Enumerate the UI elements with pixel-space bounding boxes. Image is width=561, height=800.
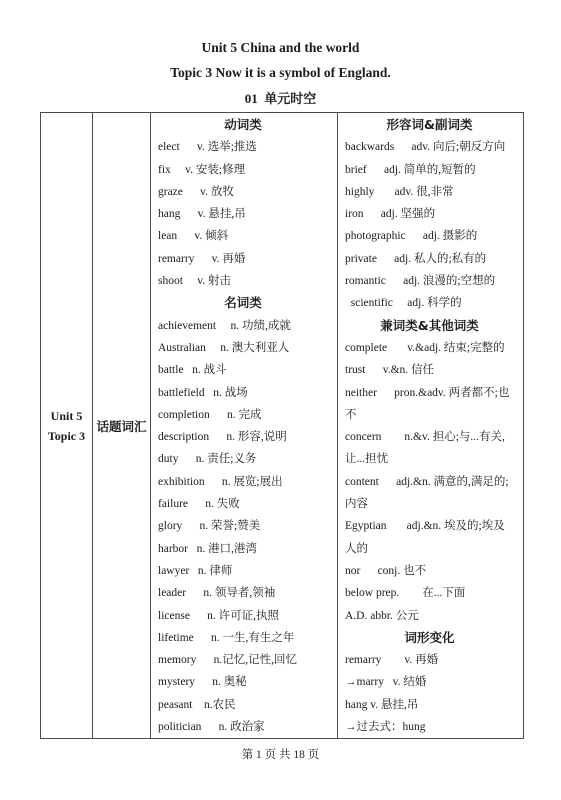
vocab-entry: scientific adj. 科学的 — [345, 292, 521, 314]
vocab-entry: highly adv. 很,非常 — [345, 181, 521, 203]
vocab-entry: hang v. 悬挂,吊 — [158, 203, 335, 225]
vocab-entry: Egyptian adj.&n. 埃及的;埃及 人的 — [345, 515, 521, 560]
vocab-entry: license n. 许可证,执照 — [158, 605, 335, 627]
vocab-entry: failure n. 失败 — [158, 493, 335, 515]
vocab-entry: content adj.&n. 满意的,满足的; 内容 — [345, 471, 521, 516]
vocab-entry: glory n. 荣誉;赞美 — [158, 515, 335, 537]
vocab-entry: complete v.&adj. 结束;完整的 — [345, 337, 521, 359]
vocab-entry: memory n.记忆,记性,回忆 — [158, 649, 335, 671]
vocab-entry: trust v.&n. 信任 — [345, 359, 521, 381]
vocab-entry: backwards adv. 向后;朝反方向 — [345, 136, 521, 158]
vocab-entry: iron adj. 坚强的 — [345, 203, 521, 225]
vocab-entry: elect v. 选举;推选 — [158, 136, 335, 158]
vocab-entry: hang v. 悬挂,吊 — [345, 694, 521, 716]
vocab-entry: nor conj. 也不 — [345, 560, 521, 582]
vocab-entry: A.D. abbr. 公元 — [345, 605, 521, 627]
vocab-entry: completion n. 完成 — [158, 404, 335, 426]
vocab-entry: peasant n.农民 — [158, 694, 335, 716]
vocab-column-right: 形容词&副词类backwards adv. 向后;朝反方向brief adj. … — [338, 113, 524, 739]
vocab-entry: lifetime n. 一生,有生之年 — [158, 627, 335, 649]
vocab-entry: Australian n. 澳大利亚人 — [158, 337, 335, 359]
vocab-entry: battlefield n. 战场 — [158, 382, 335, 404]
vocab-entry: battle n. 战斗 — [158, 359, 335, 381]
vocab-entry: duty n. 责任;义务 — [158, 448, 335, 470]
vocab-entry: remarry v. 再婚 — [345, 649, 521, 671]
vocab-entry: fix v. 安装;修理 — [158, 159, 335, 181]
vocab-entry: private adj. 私人的;私有的 — [345, 248, 521, 270]
vocab-entry: lean v. 倾斜 — [158, 225, 335, 247]
vocab-entry: shoot v. 射击 — [158, 270, 335, 292]
table-row: Unit 5 Topic 3 话题词汇 动词类elect v. 选举;推选fix… — [41, 113, 524, 739]
vocab-entry: →marry v. 结婚 — [345, 671, 521, 693]
vocab-column-left: 动词类elect v. 选举;推选fix v. 安装;修理graze v. 放牧… — [151, 113, 338, 739]
vocab-entry: description n. 形容,说明 — [158, 426, 335, 448]
vocab-section-header: 兼词类&其他词类 — [345, 315, 521, 337]
vocab-entry: politician n. 政治家 — [158, 716, 335, 738]
unit-label: Unit 5 — [41, 406, 92, 426]
vocab-entry: neither pron.&adv. 两者都不;也 不 — [345, 382, 521, 427]
document-page: Unit 5 China and the world Topic 3 Now i… — [0, 0, 561, 800]
vocab-section-header: 名词类 — [158, 292, 335, 314]
page-number: 第 1 页 共 18 页 — [0, 748, 561, 762]
vocab-entry: romantic adj. 浪漫的;空想的 — [345, 270, 521, 292]
vocab-entry: brief adj. 简单的,短暂的 — [345, 159, 521, 181]
section-heading: 01 单元时空 — [0, 91, 561, 106]
vocab-entry: concern n.&v. 担心;与...有关, 让...担忧 — [345, 426, 521, 471]
vocab-entry: exhibition n. 展览;展出 — [158, 471, 335, 493]
vocab-entry: harbor n. 港口,港湾 — [158, 538, 335, 560]
vocab-entry: below prep. 在...下面 — [345, 582, 521, 604]
vocab-section-header: 形容词&副词类 — [345, 114, 521, 136]
category-label-cell: 话题词汇 — [93, 113, 151, 739]
document-title-line1: Unit 5 China and the world — [0, 0, 561, 55]
vocab-entry: mystery n. 奥秘 — [158, 671, 335, 693]
vocab-entry: graze v. 放牧 — [158, 181, 335, 203]
vocab-entry: lawyer n. 律师 — [158, 560, 335, 582]
vocab-entry: remarry v. 再婚 — [158, 248, 335, 270]
vocab-section-header: 动词类 — [158, 114, 335, 136]
topic-label: Topic 3 — [41, 426, 92, 446]
vocab-entry: achievement n. 功绩,成就 — [158, 315, 335, 337]
unit-topic-cell: Unit 5 Topic 3 — [41, 113, 93, 739]
vocab-entry: leader n. 领导者,领袖 — [158, 582, 335, 604]
vocab-entry: photographic adj. 摄影的 — [345, 225, 521, 247]
vocab-section-header: 词形变化 — [345, 627, 521, 649]
document-title-line2: Topic 3 Now it is a symbol of England. — [0, 65, 561, 80]
vocab-table: Unit 5 Topic 3 话题词汇 动词类elect v. 选举;推选fix… — [40, 112, 524, 739]
vocab-entry: →过去式：hung — [345, 716, 521, 738]
